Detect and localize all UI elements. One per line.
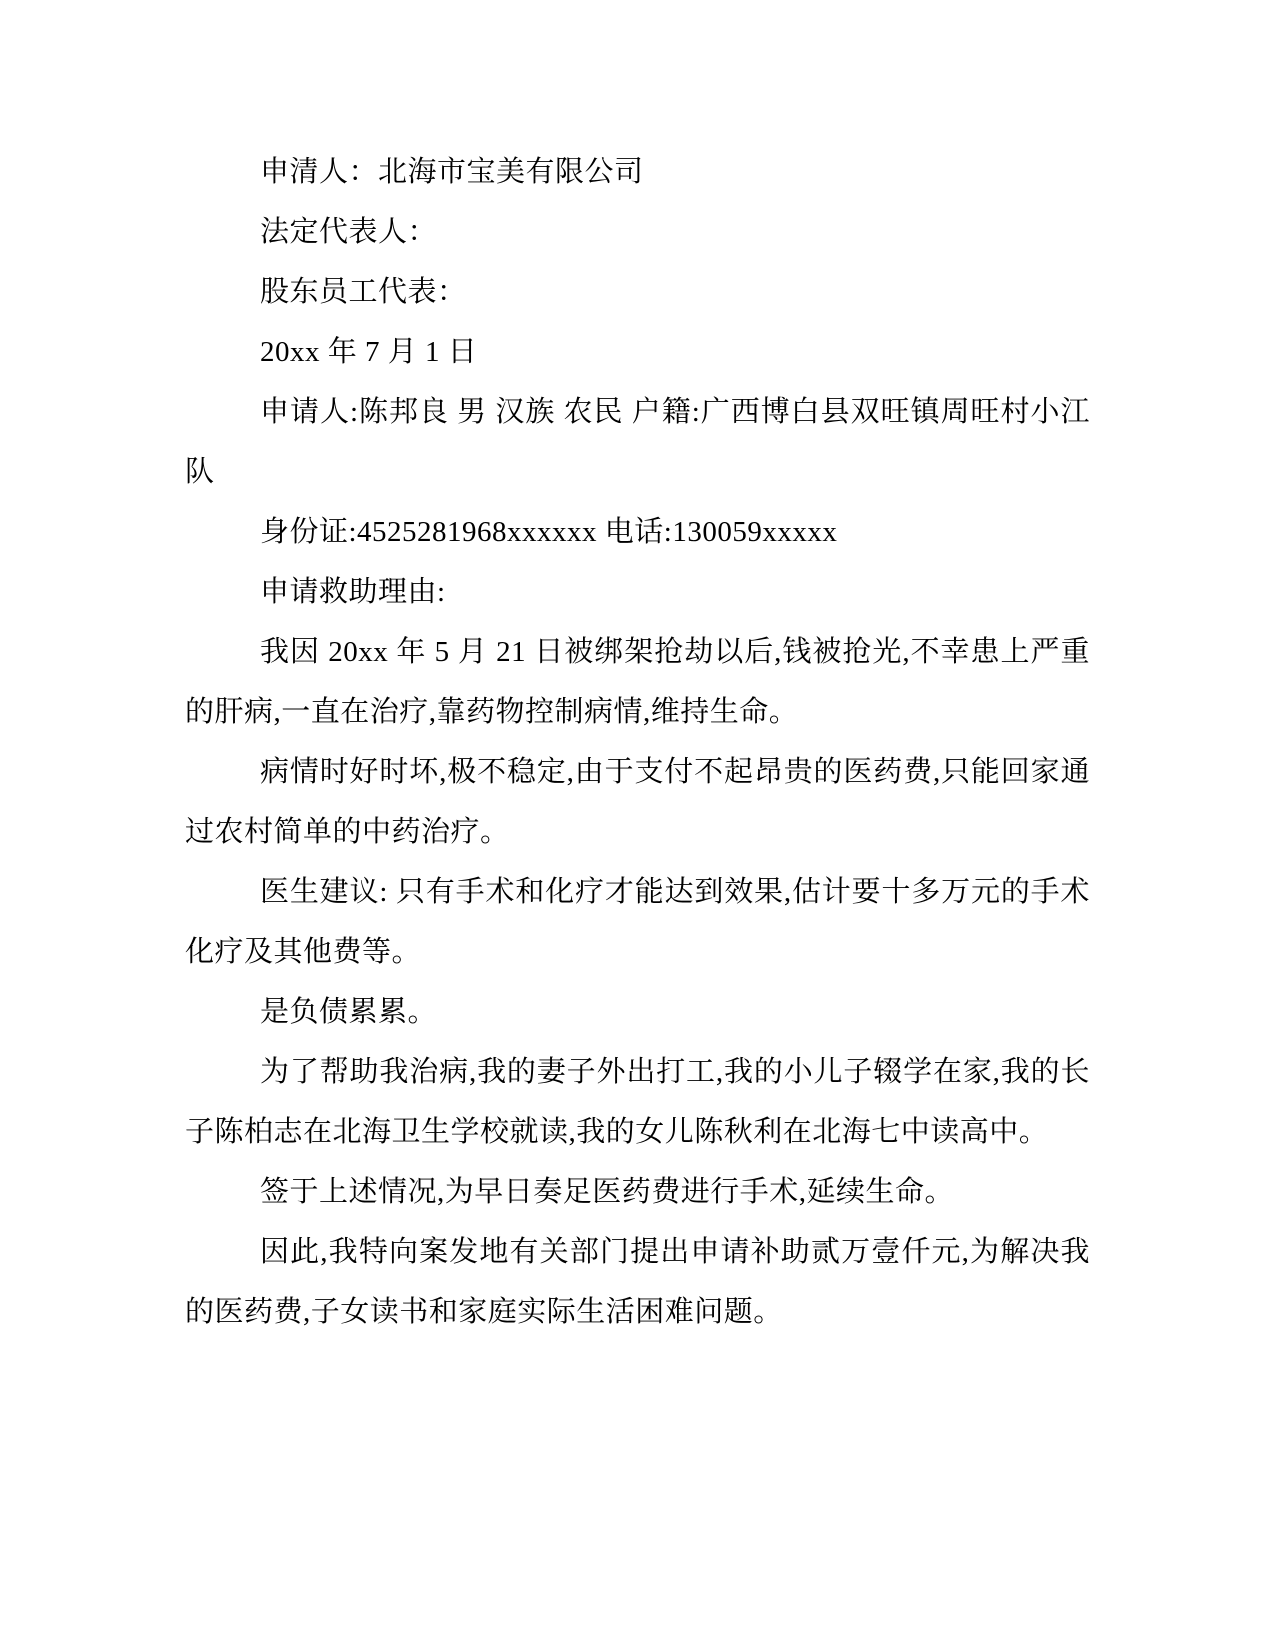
paragraph-reason-heading: 申请救助理由: [185, 562, 1090, 622]
paragraph-debt: 是负债累累。 [185, 982, 1090, 1042]
paragraph-summary: 签于上述情况,为早日奏足医药费进行手术,延续生命。 [185, 1162, 1090, 1222]
paragraph-request: 因此,我特向案发地有关部门提出申请补助贰万壹仟元,为解决我的医药费,子女读书和家… [185, 1222, 1090, 1342]
paragraph-date: 20xx 年 7 月 1 日 [185, 322, 1090, 382]
paragraph-family: 为了帮助我治病,我的妻子外出打工,我的小儿子辍学在家,我的长子陈柏志在北海卫生学… [185, 1042, 1090, 1162]
paragraph-legal-representative: 法定代表人： [185, 202, 1090, 262]
document-page: 申清人：北海市宝美有限公司 法定代表人： 股东员工代表： 20xx 年 7 月 … [0, 0, 1275, 1650]
paragraph-shareholder-representative: 股东员工代表： [185, 262, 1090, 322]
paragraph-doctor-advice: 医生建议: 只有手术和化疗才能达到效果,估计要十多万元的手术化疗及其他费等。 [185, 862, 1090, 982]
paragraph-reason-2: 病情时好时坏,极不稳定,由于支付不起昂贵的医药费,只能回家通过农村简单的中药治疗… [185, 742, 1090, 862]
document-body: 申清人：北海市宝美有限公司 法定代表人： 股东员工代表： 20xx 年 7 月 … [185, 142, 1090, 1342]
paragraph-id-phone: 身份证:4525281968xxxxxx 电话:130059xxxxx [185, 502, 1090, 562]
paragraph-reason-1: 我因 20xx 年 5 月 21 日被绑架抢劫以后,钱被抢光,不幸患上严重的肝病… [185, 622, 1090, 742]
paragraph-applicant-company: 申清人：北海市宝美有限公司 [185, 142, 1090, 202]
paragraph-applicant-info: 申请人:陈邦良 男 汉族 农民 户籍:广西博白县双旺镇周旺村小江队 [185, 382, 1090, 502]
